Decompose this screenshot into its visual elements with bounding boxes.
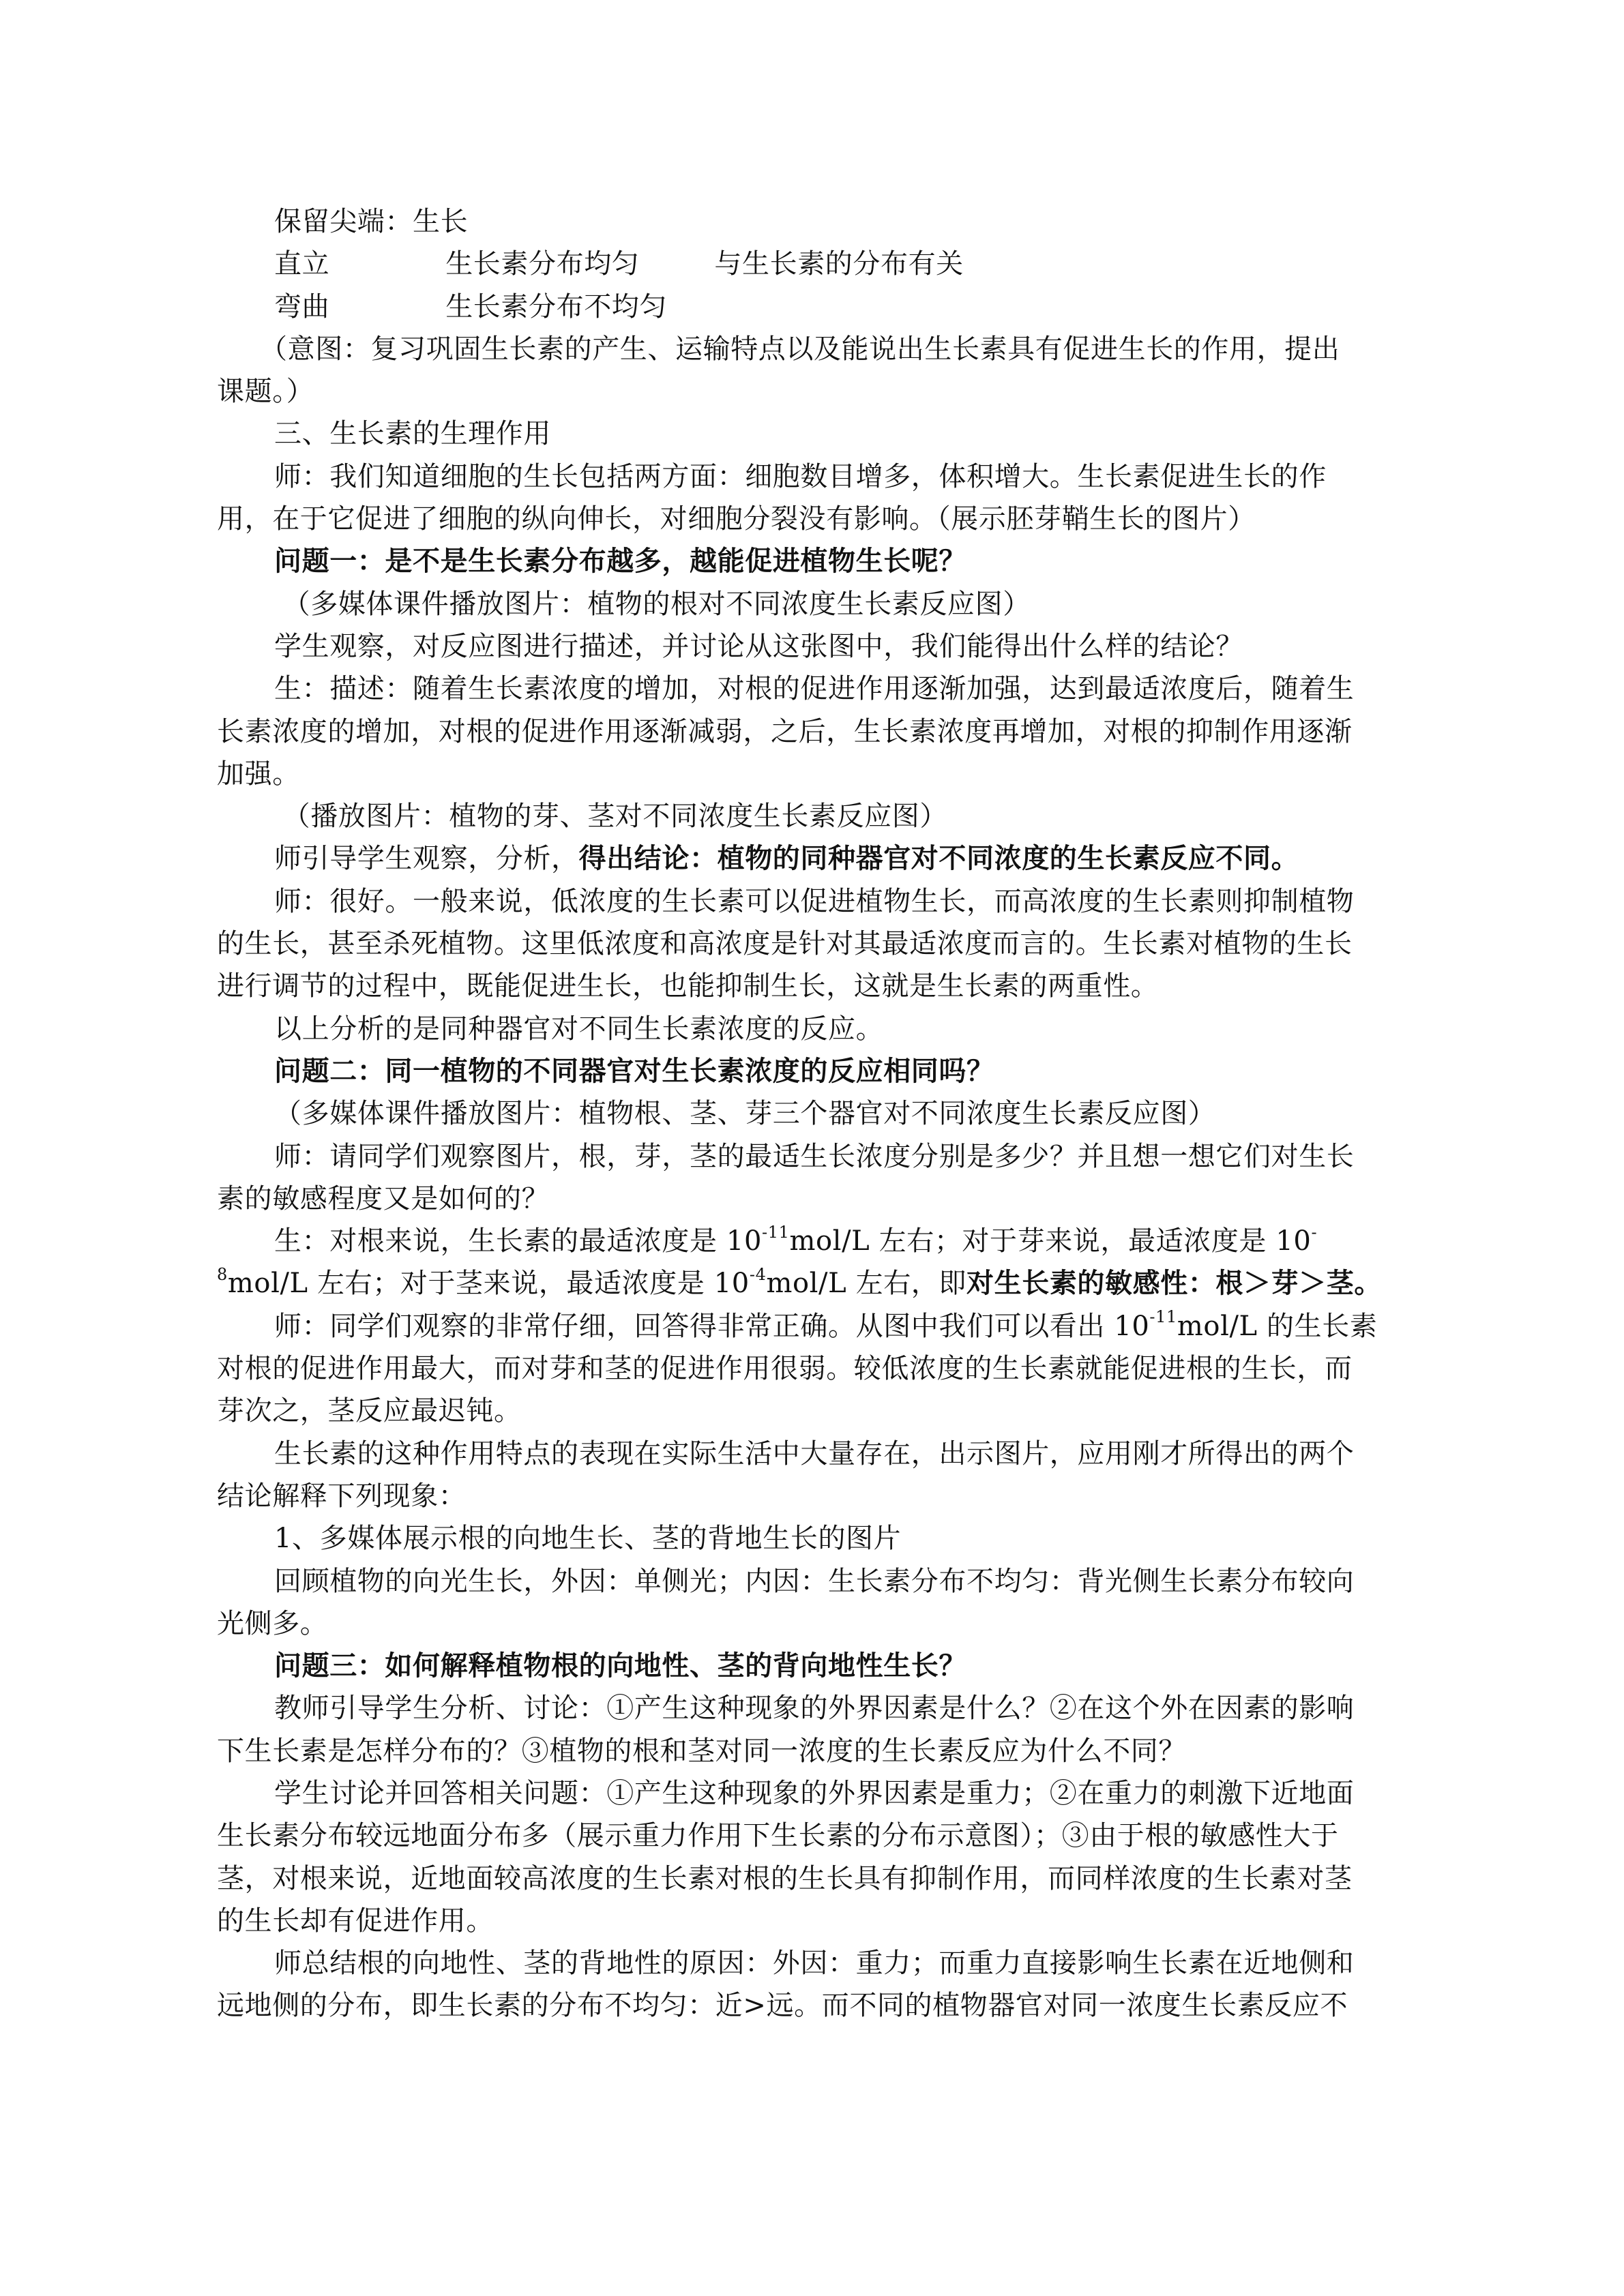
text-run: 的生长，甚至杀死植物。这里低浓度和高浓度是针对其最适浓度而言的。生长素对植物的生… [217,928,1353,959]
text-run: 弯曲 [274,291,329,323]
text-run: 师总结根的向地性、茎的背地性的原因：外因：重力；而重力直接影响生长素在近地侧和 [274,1948,1354,1979]
text-run: （意图：复习巩固生长素的产生、运输特点以及能说出生长素具有促进生长的作用，提出 [260,333,1340,365]
text-run: 对根的促进作用最大，而对芽和茎的促进作用很弱。较低浓度的生长素就能促进根的生长，… [217,1353,1353,1384]
text-line: （多媒体课件播放图片：植物的根对不同浓度生长素反应图） [217,583,1391,625]
text-line: 远地侧的分布，即生长素的分布不均匀：近>远。而不同的植物器官对同一浓度生长素反应… [217,1984,1391,2027]
superscript-exponent: -11 [1149,1307,1177,1326]
text-line: 三、生长素的生理作用 [217,413,1391,455]
text-run: 光侧多。 [217,1608,327,1639]
text-line: 问题二：同一植物的不同器官对生长素浓度的反应相同吗？ [217,1050,1391,1092]
text-run: mol/L 的生长素 [1177,1311,1378,1342]
text-line: 对根的促进作用最大，而对芽和茎的促进作用很弱。较低浓度的生长素就能促进根的生长，… [217,1347,1391,1390]
text-run: mol/L 左右；对于芽来说，最适浓度是 10 [789,1225,1311,1257]
text-run: 直立 [274,248,329,280]
text-line: 茎，对根来说，近地面较高浓度的生长素对根的生长具有抑制作用，而同样浓度的生长素对… [217,1858,1391,1900]
text-run: 远地侧的分布，即生长素的分布不均匀：近>远。而不同的植物器官对同一浓度生长素反应… [217,1990,1348,2021]
text-line: 弯曲生长素分布不均匀 [217,286,1391,328]
text-line: 回顾植物的向光生长，外因：单侧光；内因：生长素分布不均匀：背光侧生长素分布较向 [217,1560,1391,1602]
text-run: 师：请同学们观察图片，根，芽，茎的最适生长浓度分别是多少？并且想一想它们对生长 [274,1141,1354,1172]
text-line: 学生讨论并回答相关问题：①产生这种现象的外界因素是重力；②在重力的刺激下近地面 [217,1772,1391,1815]
text-run: 师：很好。一般来说，低浓度的生长素可以促进植物生长，而高浓度的生长素则抑制植物 [274,886,1354,917]
text-run: 用，在于它促进了细胞的纵向伸长，对细胞分裂没有影响。（展示胚芽鞘生长的图片） [217,503,1256,535]
text-run: 长素浓度的增加，对根的促进作用逐渐减弱，之后，生长素浓度再增加，对根的抑制作用逐… [217,716,1353,747]
text-line: 8mol/L 左右；对于茎来说，最适浓度是 10-4mol/L 左右，即对生长素… [217,1262,1391,1304]
text-line: 结论解释下列现象： [217,1475,1391,1517]
text-line: 师引导学生观察，分析，得出结论：植物的同种器官对不同浓度的生长素反应不同。 [217,837,1391,880]
document-body: 保留尖端：生长直立生长素分布均匀与生长素的分布有关弯曲生长素分布不均匀（意图：复… [217,200,1391,2027]
text-line: 长素浓度的增加，对根的促进作用逐渐减弱，之后，生长素浓度再增加，对根的抑制作用逐… [217,711,1391,753]
text-line: 用，在于它促进了细胞的纵向伸长，对细胞分裂没有影响。（展示胚芽鞘生长的图片） [217,498,1391,540]
text-run: 生：对根来说，生长素的最适浓度是 10 [274,1225,762,1257]
text-line: （播放图片：植物的芽、茎对不同浓度生长素反应图） [217,795,1391,837]
text-line: （意图：复习巩固生长素的产生、运输特点以及能说出生长素具有促进生长的作用，提出 [217,328,1391,370]
text-line: 课题。） [217,370,1391,413]
superscript-exponent: 8 [217,1265,228,1284]
text-run: 生长素分布较远地面分布多（展示重力作用下生长素的分布示意图）；③由于根的敏感性大… [217,1820,1339,1851]
text-line: 1、多媒体展示根的向地生长、茎的背地生长的图片 [217,1517,1391,1560]
text-line: 问题一：是不是生长素分布越多，越能促进植物生长呢？ [217,540,1391,582]
text-line: 进行调节的过程中，既能促进生长，也能抑制生长，这就是生长素的两重性。 [217,965,1391,1007]
bold-text: 问题三：如何解释植物根的向地性、茎的背向地性生长？ [274,1650,966,1682]
text-line: 直立生长素分布均匀与生长素的分布有关 [217,243,1391,285]
text-run: （多媒体课件播放图片：植物的根对不同浓度生长素反应图） [283,588,1031,620]
text-run: 课题。） [217,376,314,407]
bold-text: 得出结论：植物的同种器官对不同浓度的生长素反应不同。 [579,842,1299,874]
text-run: （多媒体课件播放图片：植物根、茎、芽三个器官对不同浓度生长素反应图） [274,1098,1215,1129]
text-run: 素的敏感程度又是如何的？ [217,1183,549,1214]
text-line: 师：我们知道细胞的生长包括两方面：细胞数目增多，体积增大。生长素促进生长的作 [217,456,1391,498]
text-run: 师：同学们观察的非常仔细，回答得非常正确。从图中我们可以看出 10 [274,1311,1149,1342]
bold-text: 问题一：是不是生长素分布越多，越能促进植物生长呢？ [274,545,966,577]
text-line: 素的敏感程度又是如何的？ [217,1178,1391,1220]
text-line: 下生长素是怎样分布的？③植物的根和茎对同一浓度的生长素反应为什么不同？ [217,1730,1391,1772]
text-run: mol/L 左右；对于茎来说，最适浓度是 10 [228,1268,750,1299]
text-run: （播放图片：植物的芽、茎对不同浓度生长素反应图） [283,801,947,832]
text-line: 教师引导学生分析、讨论：①产生这种现象的外界因素是什么？②在这个外在因素的影响 [217,1687,1391,1729]
text-run: 1、多媒体展示根的向地生长、茎的背地生长的图片 [274,1523,901,1554]
text-run: 学生观察，对反应图进行描述，并讨论从这张图中，我们能得出什么样的结论？ [274,631,1243,662]
text-run: mol/L 左右，即 [766,1268,966,1299]
text-run: 师引导学生观察，分析， [274,843,579,874]
superscript-exponent: -11 [762,1223,789,1242]
text-run: 的生长却有促进作用。 [217,1905,494,1937]
text-run: 教师引导学生分析、讨论：①产生这种现象的外界因素是什么？②在这个外在因素的影响 [274,1693,1354,1724]
text-line: 师：请同学们观察图片，根，芽，茎的最适生长浓度分别是多少？并且想一想它们对生长 [217,1135,1391,1178]
text-run: 与生长素的分布有关 [714,248,963,280]
text-line: 以上分析的是同种器官对不同生长素浓度的反应。 [217,1008,1391,1050]
text-line: 生长素的这种作用特点的表现在实际生活中大量存在，出示图片，应用刚才所得出的两个 [217,1433,1391,1475]
text-run: 三、生长素的生理作用 [274,418,551,449]
superscript-exponent: -4 [750,1265,767,1284]
text-run: 以上分析的是同种器官对不同生长素浓度的反应。 [274,1013,883,1045]
document-page: 保留尖端：生长直立生长素分布均匀与生长素的分布有关弯曲生长素分布不均匀（意图：复… [0,0,1624,2296]
text-line: （多媒体课件播放图片：植物根、茎、芽三个器官对不同浓度生长素反应图） [217,1092,1391,1135]
text-run: 生：描述：随着生长素浓度的增加，对根的促进作用逐渐加强，达到最适浓度后，随着生 [274,673,1354,704]
text-run: 芽次之，茎反应最迟钝。 [217,1395,522,1427]
text-run: 回顾植物的向光生长，外因：单侧光；内因：生长素分布不均匀：背光侧生长素分布较向 [274,1566,1354,1597]
text-line: 芽次之，茎反应最迟钝。 [217,1390,1391,1432]
text-run: 生长素分布不均匀 [445,291,667,323]
text-run: 茎，对根来说，近地面较高浓度的生长素对根的生长具有抑制作用，而同样浓度的生长素对… [217,1863,1353,1894]
text-run: 下生长素是怎样分布的？③植物的根和茎对同一浓度的生长素反应为什么不同？ [217,1735,1186,1767]
text-run: 进行调节的过程中，既能促进生长，也能抑制生长，这就是生长素的两重性。 [217,970,1158,1002]
text-run: 结论解释下列现象： [217,1480,466,1512]
text-line: 师总结根的向地性、茎的背地性的原因：外因：重力；而重力直接影响生长素在近地侧和 [217,1942,1391,1984]
text-line: 师：同学们观察的非常仔细，回答得非常正确。从图中我们可以看出 10-11mol/… [217,1305,1391,1347]
text-line: 光侧多。 [217,1602,1391,1645]
text-line: 生：描述：随着生长素浓度的增加，对根的促进作用逐渐加强，达到最适浓度后，随着生 [217,668,1391,710]
text-line: 保留尖端：生长 [217,200,1391,243]
text-run: 加强。 [217,758,300,790]
text-line: 的生长，甚至杀死植物。这里低浓度和高浓度是针对其最适浓度而言的。生长素对植物的生… [217,923,1391,965]
text-line: 的生长却有促进作用。 [217,1900,1391,1942]
superscript-exponent: - [1311,1223,1317,1242]
text-run: 学生讨论并回答相关问题：①产生这种现象的外界因素是重力；②在重力的刺激下近地面 [274,1778,1354,1809]
text-run: 生长素分布均匀 [445,248,639,280]
text-line: 学生观察，对反应图进行描述，并讨论从这张图中，我们能得出什么样的结论？ [217,625,1391,668]
text-run: 生长素的这种作用特点的表现在实际生活中大量存在，出示图片，应用刚才所得出的两个 [274,1438,1354,1470]
text-run: 师：我们知道细胞的生长包括两方面：细胞数目增多，体积增大。生长素促进生长的作 [274,461,1327,492]
text-line: 加强。 [217,753,1391,795]
bold-text: 对生长素的敏感性：根＞芽＞茎。 [966,1267,1382,1299]
text-line: 生：对根来说，生长素的最适浓度是 10-11mol/L 左右；对于芽来说，最适浓… [217,1220,1391,1262]
bold-text: 问题二：同一植物的不同器官对生长素浓度的反应相同吗？ [274,1055,994,1087]
text-line: 生长素分布较远地面分布多（展示重力作用下生长素的分布示意图）；③由于根的敏感性大… [217,1815,1391,1857]
text-line: 问题三：如何解释植物根的向地性、茎的背向地性生长？ [217,1645,1391,1687]
text-run: 保留尖端：生长 [274,206,468,237]
text-line: 师：很好。一般来说，低浓度的生长素可以促进植物生长，而高浓度的生长素则抑制植物 [217,880,1391,923]
